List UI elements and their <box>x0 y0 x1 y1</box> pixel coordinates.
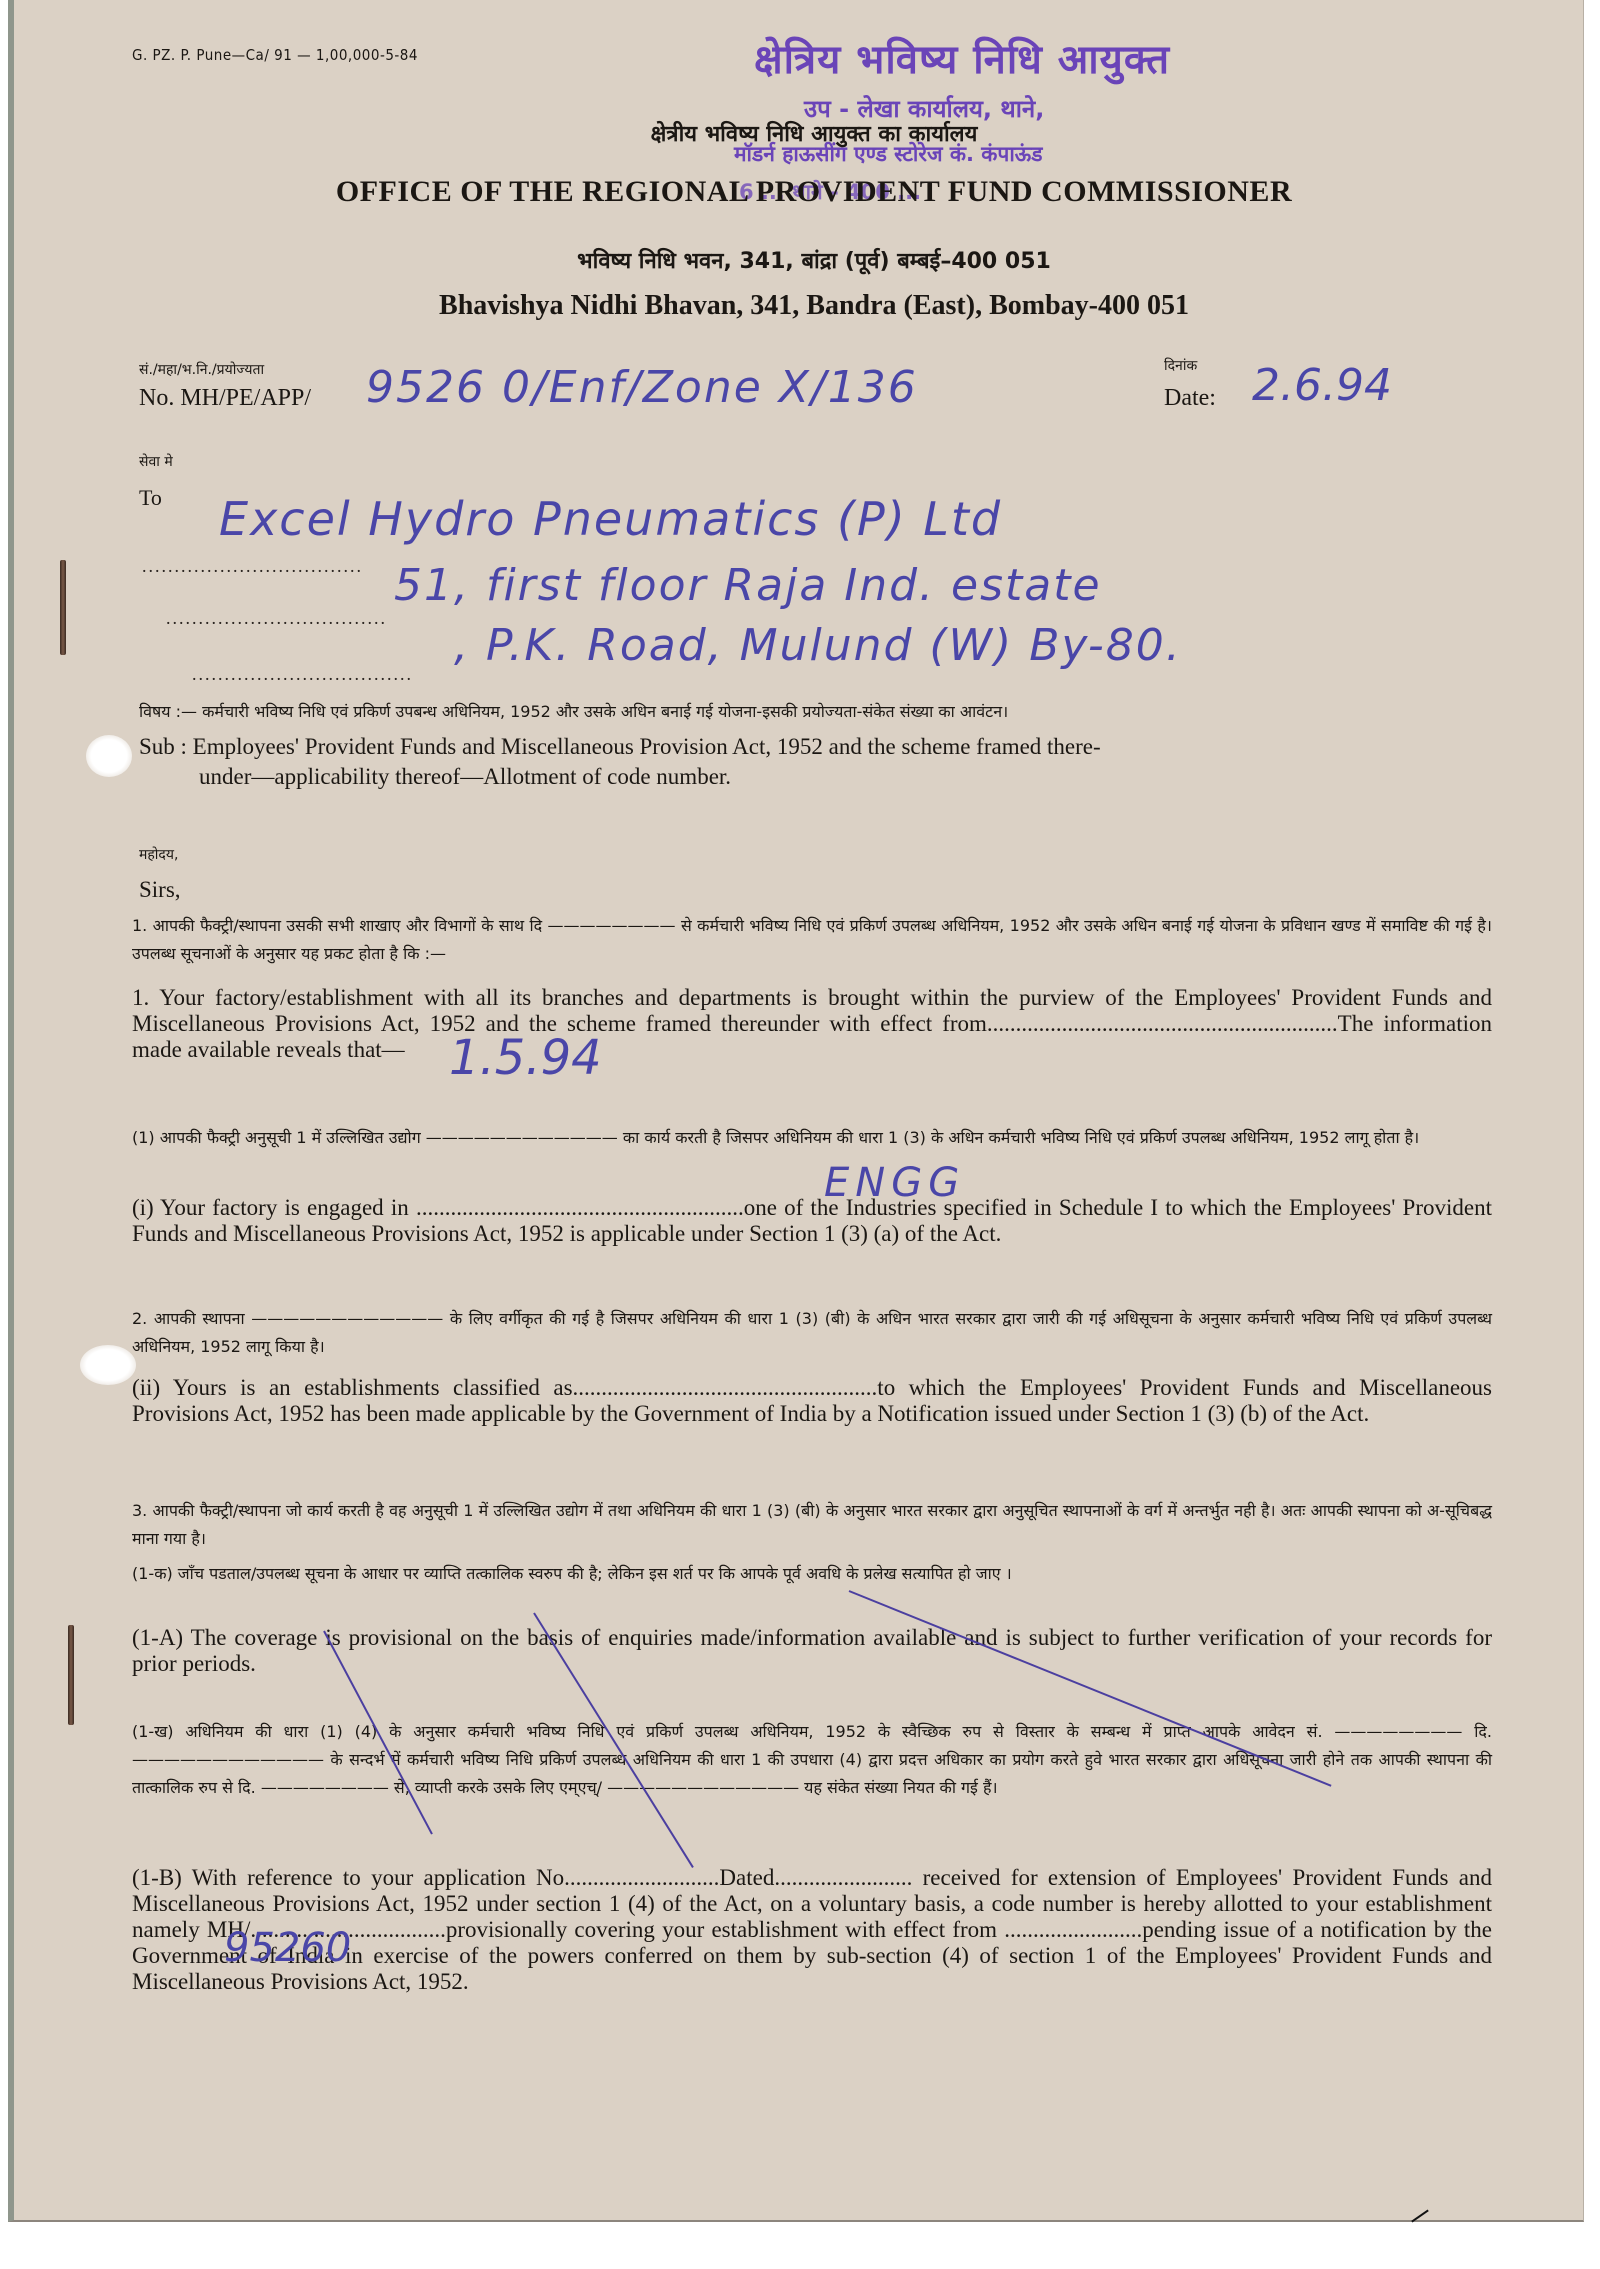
date-label-english: Date: <box>1164 385 1216 412</box>
salutation-hindi: महोदय, <box>139 845 178 864</box>
reference-label-english: No. MH/PE/APP/ <box>139 385 311 412</box>
subject-english-line-2: under—applicability thereof—Allotment of… <box>139 762 1499 792</box>
paragraph-i-hindi: (1) आपकी फैक्ट्री अनुसूची 1 में उल्लिखित… <box>132 1124 1492 1152</box>
date-handwritten: 2.6.94 <box>1252 360 1392 411</box>
date-label-hindi: दिनांक <box>1164 356 1197 375</box>
recipient-address-line-2: , P.K. Road, Mulund (W) By-80. <box>454 620 1182 671</box>
paragraph-2-hindi: 2. आपकी स्थापना ———————————— के लिए वर्ग… <box>132 1305 1492 1361</box>
print-code: G. PZ. P. Pune—Ca/ 91 — 1,00,000-5-84 <box>132 46 418 64</box>
office-address-hindi: भविष्य निधि भवन, 341, बांद्रा (पूर्व) बम… <box>14 245 1600 275</box>
punch-hole-top <box>86 735 132 777</box>
recipient-label-hindi: सेवा मे <box>139 452 173 471</box>
reference-label-hindi: सं./महा/भ.नि./प्रयोज्यता <box>139 360 264 379</box>
recipient-address-line-1: 51, first floor Raja Ind. estate <box>394 560 1102 611</box>
office-title-english: OFFICE OF THE REGIONAL PROVIDENT FUND CO… <box>14 175 1600 209</box>
staple-top <box>60 560 66 655</box>
reference-number-handwritten: 9526 0/Enf/Zone X/136 <box>366 362 918 413</box>
document-page: G. PZ. P. Pune—Ca/ 91 — 1,00,000-5-84 क्… <box>8 0 1584 2222</box>
paragraph-1a-hindi: (1-क) जाँच पडताल/उपलब्ध सूचना के आधार पर… <box>132 1560 1492 1588</box>
subject-hindi: विषय :— कर्मचारी भविष्य निधि एवं प्रकिर्… <box>139 700 1499 722</box>
address-dotted-line-2: .................................. <box>166 608 387 629</box>
recipient-name-handwritten: Excel Hydro Pneumatics (P) Ltd <box>219 492 1002 546</box>
effective-date-handwritten: 1.5.94 <box>449 1030 602 1086</box>
paragraph-i-english: (i) Your factory is engaged in .........… <box>132 1195 1492 1247</box>
address-dotted-line-3: .................................. <box>192 664 413 685</box>
code-number-handwritten: 95260 <box>224 1925 351 1971</box>
office-title-hindi: क्षेत्रीय भविष्य निधि आयुक्त का कार्यालय <box>14 118 1600 148</box>
paragraph-1-hindi: 1. आपकी फैक्ट्री/स्थापना उसकी सभी शाखाए … <box>132 912 1492 968</box>
punch-hole-bottom <box>80 1345 136 1385</box>
subject-english-line-1: Sub : Employees' Provident Funds and Mis… <box>139 732 1499 762</box>
address-dotted-line-1: .................................. <box>142 556 363 577</box>
staple-bottom <box>68 1625 74 1725</box>
office-address-english: Bhavishya Nidhi Bhavan, 341, Bandra (Eas… <box>14 290 1600 322</box>
industry-handwritten: ENGG <box>824 1160 965 1206</box>
office-stamp-line-1: क्षेत्रिय भविष्य निधि आयुक्त <box>754 30 1170 85</box>
paragraph-1b-hindi: (1-ख) अधिनियम की धारा (1) (4) के अनुसार … <box>132 1718 1492 1802</box>
paragraph-ii-english: (ii) Yours is an establishments classifi… <box>132 1375 1492 1427</box>
paragraph-3-hindi: 3. आपकी फैक्ट्री/स्थापना जो कार्य करती ह… <box>132 1497 1492 1553</box>
subject-english: Sub : Employees' Provident Funds and Mis… <box>139 732 1499 792</box>
paragraph-1-english: 1. Your factory/establishment with all i… <box>132 985 1492 1063</box>
recipient-label-english: To <box>139 485 162 511</box>
salutation-english: Sirs, <box>139 877 181 903</box>
